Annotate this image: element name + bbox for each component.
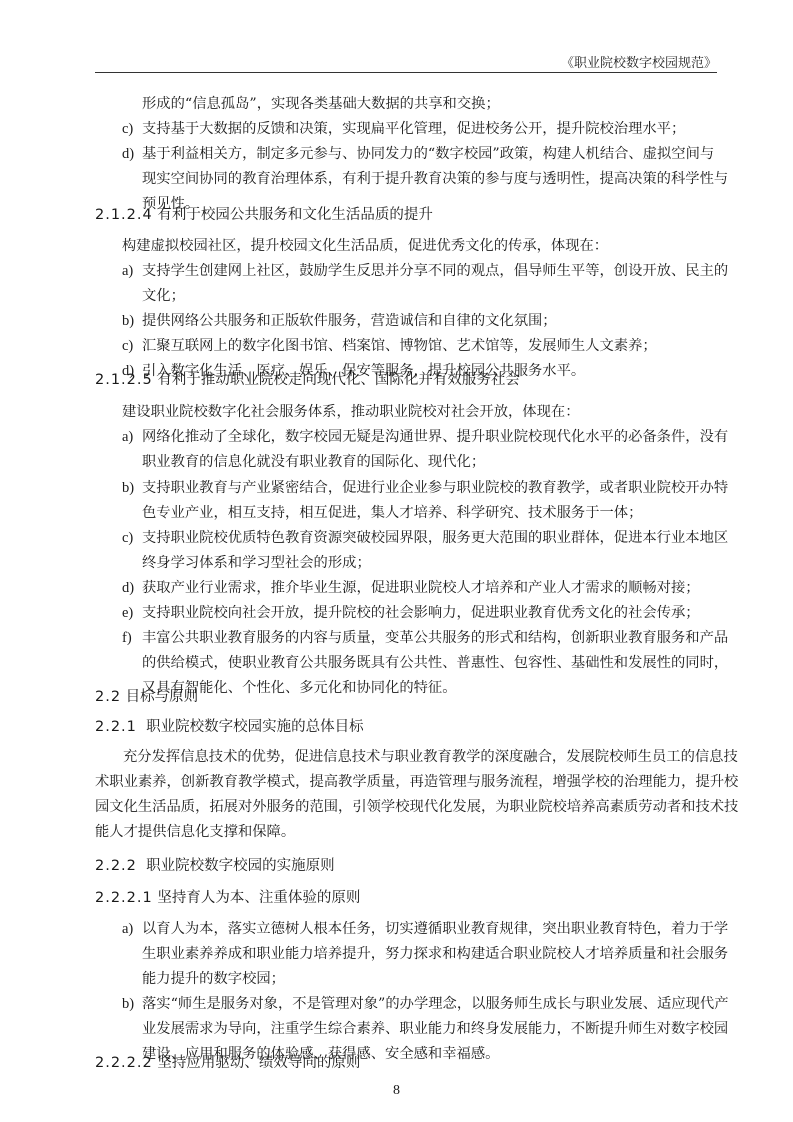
list-marker: a) (122, 261, 133, 281)
list-marker: a) (122, 427, 133, 447)
list-marker: c) (122, 119, 133, 139)
list-marker: d) (122, 144, 134, 164)
list-marker: b) (122, 994, 134, 1014)
list-marker: a) (122, 919, 133, 939)
list-marker: b) (122, 478, 134, 498)
page-number: 8 (0, 1083, 793, 1099)
list-marker: f) (122, 628, 132, 648)
running-header-title: 《职业院校数字校园规范》 (561, 52, 717, 71)
list-marker: e) (122, 603, 133, 623)
list-marker: b) (122, 311, 134, 331)
list-marker: c) (122, 528, 133, 548)
header-rule (95, 72, 717, 73)
list-marker: c) (122, 336, 133, 356)
list-marker: d) (122, 578, 134, 598)
